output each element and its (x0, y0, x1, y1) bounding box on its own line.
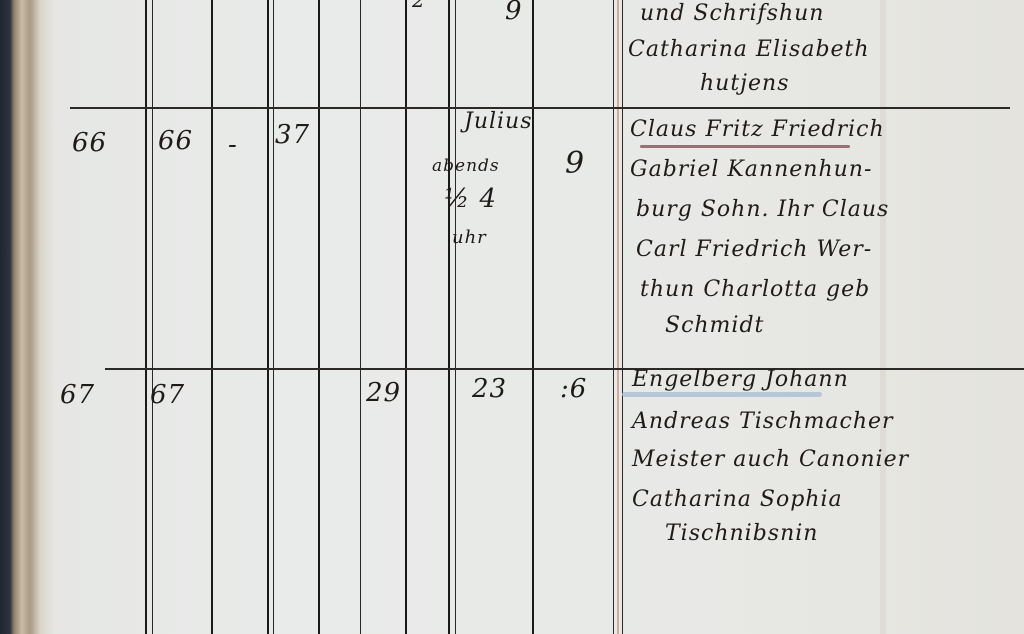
entry-number: 67 (60, 380, 95, 410)
entry-time-unit: uhr (452, 220, 487, 256)
top-text-line: und Schrifs­hun (640, 0, 824, 32)
entry-dash: - (228, 130, 238, 160)
entry-day: 9 (565, 146, 585, 181)
column-rule (152, 0, 153, 634)
entry-text-line: thun Charlotta geb (640, 272, 870, 308)
entry-text-line: Schmidt (665, 308, 764, 344)
entry-text-line: Gabriel Kannenhun- (630, 152, 872, 188)
row-rule (105, 368, 1024, 370)
page-fold (880, 0, 886, 634)
column-rule (532, 0, 534, 634)
row-rule (70, 107, 1010, 109)
entry-text-line: Tischnibsnin (665, 516, 818, 552)
top-text-line: hutjens (700, 66, 789, 102)
column-rule (145, 0, 147, 634)
entry-text-line: Catharina Sophia (632, 482, 843, 518)
column-rule (622, 0, 623, 634)
register-page: 2 9 und Schrifs­hun Catharina Elisabeth … (0, 0, 1024, 634)
column-rule (613, 0, 614, 634)
column-rule (405, 0, 407, 634)
top-text-line: Catharina Elisabeth (628, 32, 870, 68)
entry-text-line: Meister auch Canonier (632, 442, 909, 478)
entry-age: 37 (275, 120, 310, 150)
column-rule (318, 0, 320, 634)
entry-time-half: ½ 4 (444, 184, 497, 214)
column-rule (267, 0, 269, 634)
column-rule (273, 0, 274, 634)
entry-number: 66 (72, 128, 107, 158)
entry-number-2: 67 (150, 380, 185, 410)
column-rule (448, 0, 450, 634)
entry-month: Julius (464, 104, 533, 140)
entry-number-2: 66 (158, 126, 193, 156)
entry-age: 29 (366, 378, 401, 408)
entry-time: abends (432, 148, 500, 184)
column-rule (211, 0, 213, 634)
entry-text-line: burg Sohn. Ihr Claus (636, 192, 889, 228)
margin-red-rule (617, 0, 619, 634)
entry-text-line: Engelberg Johann (632, 362, 849, 398)
column-rule (360, 0, 361, 634)
top-col-mark: 2 (412, 0, 426, 12)
entry-text-line: Claus Fritz Friedrich (630, 112, 885, 148)
column-rule (455, 0, 456, 634)
entry-text-line: Andreas Tischmacher (632, 404, 894, 440)
top-col-mark2: 9 (505, 0, 523, 26)
entry-text-line: Carl Friedrich Wer- (636, 232, 872, 268)
entry-month-day: 23 (472, 374, 507, 404)
entry-day: :6 (560, 374, 587, 404)
